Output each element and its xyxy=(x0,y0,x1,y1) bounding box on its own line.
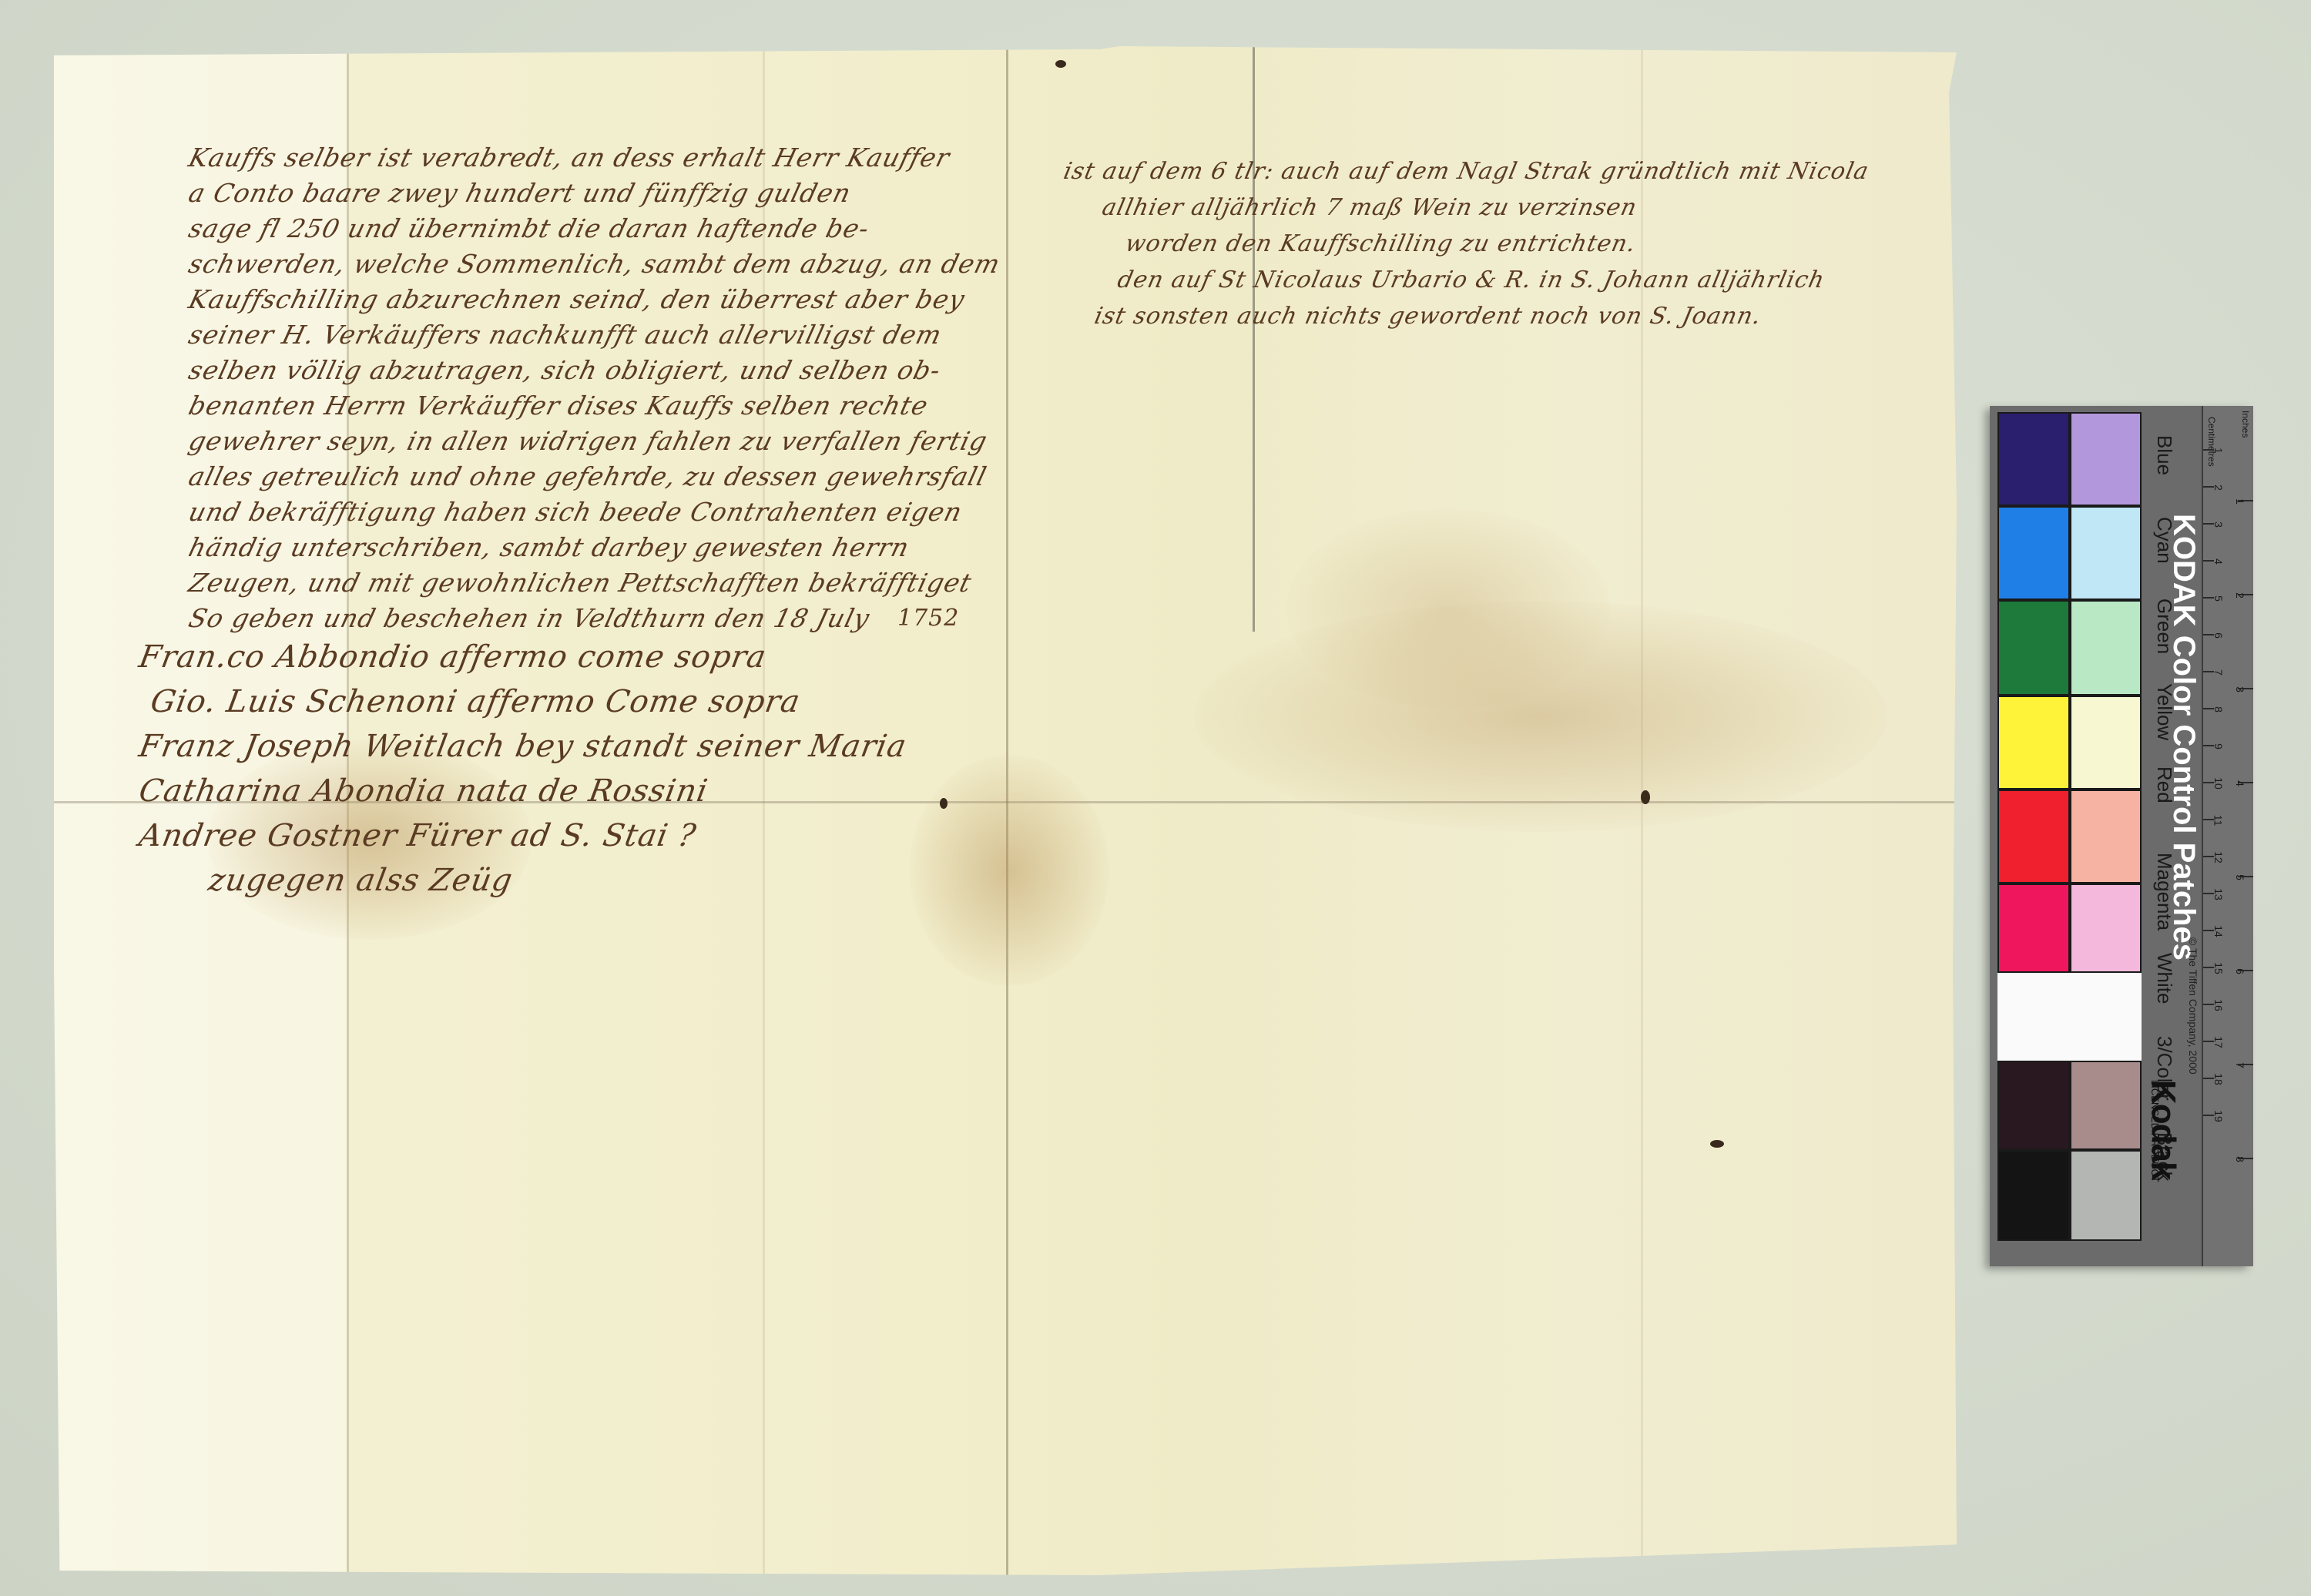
ink-blot xyxy=(1710,1140,1724,1148)
patch-row-white xyxy=(1997,973,2142,1061)
ruler-number: 14 xyxy=(2212,925,2225,937)
patch-cyan-dark xyxy=(1997,506,2070,600)
patch-black-dark xyxy=(1997,1150,2070,1241)
text-line: Kauffschilling abzurechnen seind, den üb… xyxy=(184,284,1025,320)
patch-red-dark xyxy=(1997,790,2070,883)
patch-row-cyan xyxy=(1997,506,2142,600)
ruler-number: 6 xyxy=(2234,968,2246,974)
patch-row-yellow xyxy=(1997,696,2142,790)
ruler: Centimetres Inches 1 2 3 4 5 6 7 8 9 10 … xyxy=(2202,406,2253,1266)
patch-row-3color xyxy=(1997,1061,2142,1150)
text-line: sage fl 250 und übernimbt die daran haft… xyxy=(184,213,1025,249)
ruler-number: 7 xyxy=(2212,669,2225,676)
text-line: selben völlig abzutragen, sich obligiert… xyxy=(184,355,1025,391)
date-year: 1752 xyxy=(897,605,959,632)
patch-green-light xyxy=(2070,600,2142,696)
ruler-number: 18 xyxy=(2212,1073,2225,1085)
color-patches xyxy=(1997,412,2142,1259)
text-line: worden den Kauffschilling zu entrichten. xyxy=(1059,230,1871,267)
text-line: Kauffs selber ist verabredt, an dess erh… xyxy=(184,142,1025,178)
patch-yellow-light xyxy=(2070,696,2142,790)
copyright-text: © The Tiffen Company, 2000 xyxy=(2187,937,2199,1075)
water-stain xyxy=(909,755,1109,986)
patch-row-green xyxy=(1997,600,2142,696)
patch-3color-light xyxy=(2070,1061,2142,1150)
ruler-number: 1 xyxy=(2212,448,2225,454)
patch-row-black xyxy=(1997,1150,2142,1241)
patch-green-dark xyxy=(1997,600,2070,696)
text-line: Zeugen, und mit gewohnlichen Pettschafft… xyxy=(184,568,1025,603)
ruler-number: 13 xyxy=(2212,888,2225,900)
patch-row-blue xyxy=(1997,412,2142,506)
patch-3color-dark xyxy=(1997,1061,2070,1150)
patch-red-light xyxy=(2070,790,2142,883)
patch-cyan-light xyxy=(2070,506,2142,600)
text-line: ist auf dem 6 tlr: auch auf dem Nagl Str… xyxy=(1059,158,1871,194)
text-line: allhier alljährlich 7 maß Wein zu verzin… xyxy=(1059,194,1871,230)
ruler-number: 4 xyxy=(2234,780,2246,786)
ruler-number: 4 xyxy=(2212,558,2225,565)
water-stain xyxy=(1286,508,1610,709)
patch-magenta-dark xyxy=(1997,883,2070,973)
patch-row-red xyxy=(1997,790,2142,883)
ruler-number: 3 xyxy=(2234,686,2246,692)
text-line: händig unterschriben, sambt darbey gewes… xyxy=(184,532,1025,568)
kodak-color-target: Blue Cyan Green Yellow Red Magenta White… xyxy=(1990,406,2252,1266)
ruler-number: 19 xyxy=(2212,1110,2225,1122)
signature: Franz Joseph Weitlach bey standt seiner … xyxy=(135,729,910,773)
ruler-number: 12 xyxy=(2212,851,2225,863)
signature-block: Fran.co Abbondio affermo come sopra Gio.… xyxy=(139,639,906,907)
ruler-number: 9 xyxy=(2212,743,2225,749)
ruler-number: 17 xyxy=(2212,1036,2225,1048)
kodak-title: KODAK Color Control Patches xyxy=(2166,514,2201,961)
text-line: seiner H. Verkäuffers nachkunfft auch al… xyxy=(184,320,1025,355)
manuscript-body-text: Kauffs selber ist verabredt, an dess erh… xyxy=(189,142,1021,639)
fold-line-vertical xyxy=(1253,46,1255,632)
patch-black-light xyxy=(2070,1150,2142,1241)
ruler-number: 11 xyxy=(2212,815,2224,826)
text-line: den auf St Nicolaus Urbario & R. in S. J… xyxy=(1059,267,1871,303)
ruler-number: 10 xyxy=(2212,777,2225,790)
text-line: benanten Herrn Verkäuffer dises Kauffs s… xyxy=(184,391,1025,426)
signature: Gio. Luis Schenoni affermo Come sopra xyxy=(135,684,910,729)
ruler-number: 15 xyxy=(2212,962,2225,974)
text-line: gewehrer seyn, in allen widrigen fahlen … xyxy=(184,426,1025,461)
ruler-label-inches: Inches xyxy=(2240,411,2251,438)
license-text: LICENSED PRODUCT xyxy=(2149,1080,2161,1182)
ruler-number: 3 xyxy=(2212,521,2225,528)
ruler-number: 5 xyxy=(2212,595,2225,602)
patch-yellow-dark xyxy=(1997,696,2070,790)
patch-blue-dark xyxy=(1997,412,2070,506)
signature: zugegen alss Zeüg xyxy=(135,863,910,907)
patch-label: Blue xyxy=(2152,435,2176,475)
patch-magenta-light xyxy=(2070,883,2142,973)
text-line: alles getreulich und ohne gefehrde, zu d… xyxy=(184,461,1025,497)
ruler-label-cm: Centimetres xyxy=(2206,417,2217,467)
patch-white xyxy=(1997,973,2142,1061)
ruler-number: 1 xyxy=(2234,498,2246,505)
ruler-number: 8 xyxy=(2212,706,2225,712)
ruler-number: 2 xyxy=(2234,592,2246,598)
patch-blue-light xyxy=(2070,412,2142,506)
ruler-number: 2 xyxy=(2212,484,2225,491)
ruler-number: 5 xyxy=(2234,874,2246,880)
signature: Andree Gostner Fürer ad S. Stai ? xyxy=(135,818,910,863)
right-panel-note: ist auf dem 6 tlr: auch auf dem Nagl Str… xyxy=(1063,158,1867,339)
ink-blot xyxy=(1641,790,1650,804)
text-line: schwerden, welche Sommenlich, sambt dem … xyxy=(184,249,1025,284)
signature: Fran.co Abbondio affermo come sopra xyxy=(135,639,910,684)
ink-blot xyxy=(1055,60,1066,68)
ink-blot xyxy=(940,798,948,809)
patch-row-magenta xyxy=(1997,883,2142,973)
text-line: ist sonsten auch nichts gewordent noch v… xyxy=(1059,303,1871,339)
text-line: und bekräfftigung haben sich beede Contr… xyxy=(184,497,1025,532)
signature: Catharina Abondia nata de Rossini xyxy=(135,773,910,818)
ruler-number: 7 xyxy=(2234,1062,2246,1068)
ruler-number: 8 xyxy=(2234,1156,2246,1162)
ruler-number: 16 xyxy=(2212,999,2225,1011)
ruler-number: 6 xyxy=(2212,632,2225,639)
text-line: a Conto baare zwey hundert und fünffzig … xyxy=(184,178,1025,213)
